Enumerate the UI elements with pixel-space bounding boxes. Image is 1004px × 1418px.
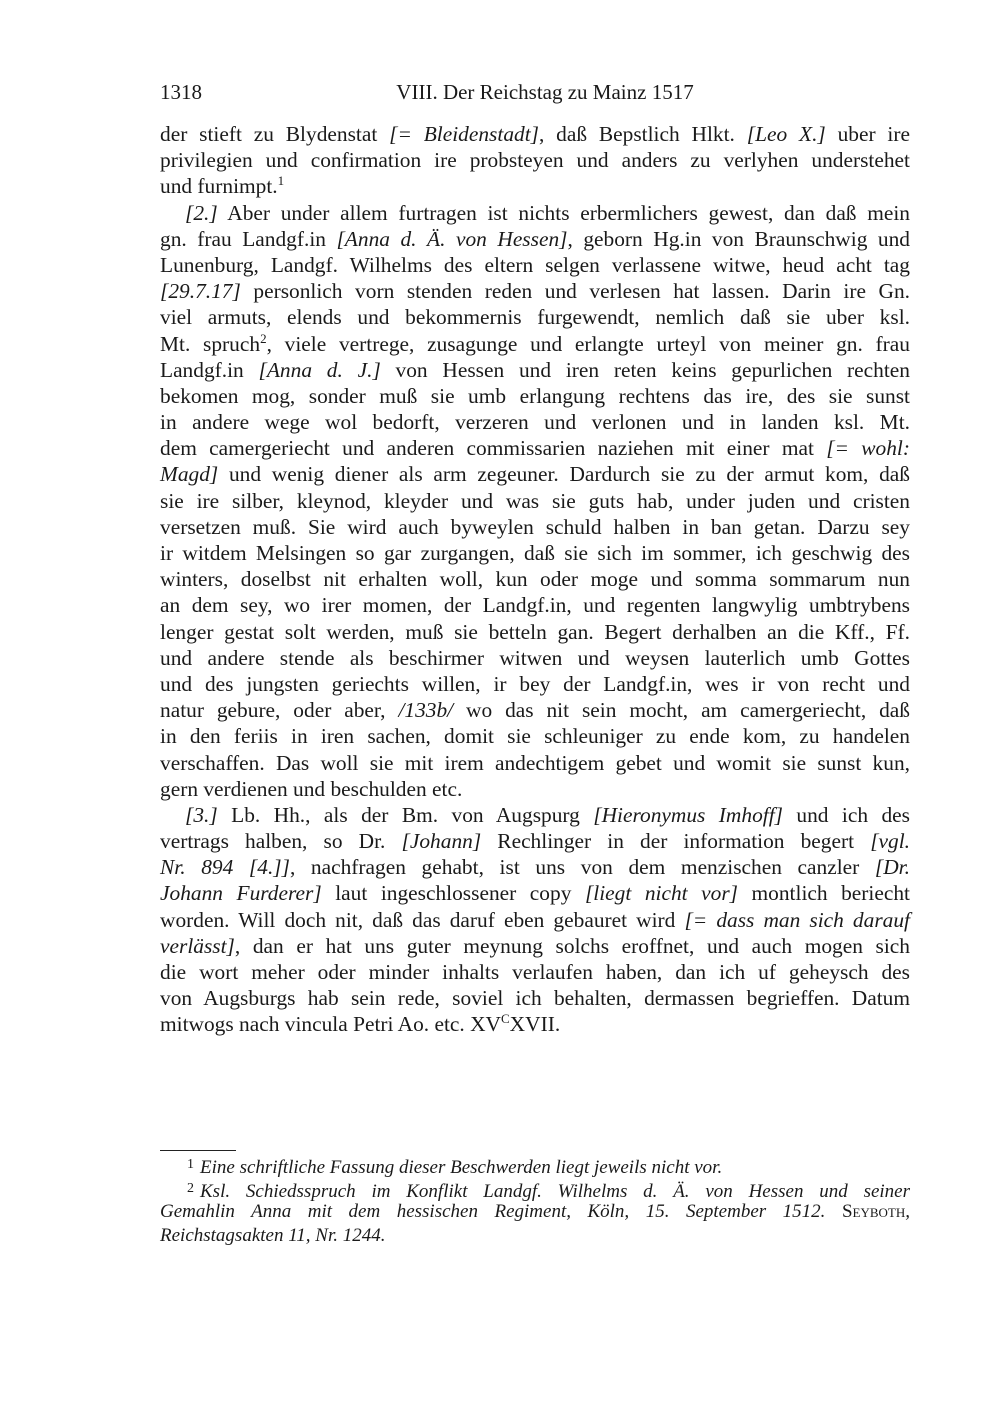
text-run: versetzen muß. Sie wird auch byweylen sc… — [160, 515, 910, 539]
text-run: winters, doselbst nit erhalten woll, kun… — [160, 567, 910, 591]
text-run: uber ire — [826, 122, 910, 146]
text-run: Seyboth — [842, 1201, 905, 1222]
text-run: und ich des — [783, 803, 910, 827]
editorial-italic: verlässt] — [160, 934, 235, 958]
editorial-italic: Nr. 894 [4.]] — [160, 855, 290, 879]
footnote-line: 1Eine schriftliche Fassung dieser Beschw… — [160, 1153, 910, 1177]
text-run: viel armuts, elends und bekommernis furg… — [160, 305, 910, 329]
editorial-italic: /133b/ — [398, 698, 453, 722]
text-line: der stieft zu Blydenstat [= Bleidenstadt… — [160, 121, 910, 147]
text-line: in andere wege wol bedorft, verzeren und… — [160, 409, 910, 435]
text-line: gn. frau Landgf.in [Anna d. Ä. von Hesse… — [160, 226, 910, 252]
text-line: Johann Furderer] laut ingeschlossener co… — [160, 880, 910, 906]
text-line: winters, doselbst nit erhalten woll, kun… — [160, 566, 910, 592]
text-run: privilegien und confirmation ire probste… — [160, 148, 910, 172]
text-run: die wort meher oder minder inhalts verla… — [160, 960, 910, 984]
text-line: bekomen mog, sonder muß sie umb erlangun… — [160, 383, 910, 409]
text-line: [29.7.17] personlich vorn stenden reden … — [160, 278, 910, 304]
text-run: Mt. spruch — [160, 332, 260, 356]
text-line: dem camergeriecht und anderen commissari… — [160, 435, 910, 461]
text-run: von Hessen und iren reten keins gepurlic… — [381, 358, 910, 382]
superscript: 1 — [278, 173, 285, 188]
text-run: und furnimpt. — [160, 174, 278, 198]
text-run: Rechlinger in der information begert — [481, 829, 870, 853]
text-run: Landgf.in — [160, 358, 259, 382]
text-run: mitwogs nach vincula Petri Ao. etc. XV — [160, 1012, 501, 1036]
text-run: natur gebure, oder aber, — [160, 698, 398, 722]
editorial-italic: [= wohl: — [826, 436, 910, 460]
text-run: Lb. Hh., als der Bm. von Augspurg — [218, 803, 594, 827]
text-line: lenger gestat solt werden, muß sie bette… — [160, 619, 910, 645]
editorial-italic: Ksl. Schiedsspruch im Konflikt Landgf. W… — [200, 1181, 910, 1202]
editorial-italic: [Anna d. J.] — [259, 358, 381, 382]
text-run: , geborn Hg.in von Braunschwig und — [567, 227, 910, 251]
text-line: versetzen muß. Sie wird auch byweylen sc… — [160, 514, 910, 540]
text-line: in den feriis in iren sachen, domit sie … — [160, 723, 910, 749]
text-run: an dem sey, wo irer momen, der Landgf.in… — [160, 593, 910, 617]
editorial-italic: [Anna d. Ä. von Hessen] — [336, 227, 567, 251]
text-run: sie ire silber, kleynod, kleyder und was… — [160, 489, 910, 513]
text-line: Nr. 894 [4.]], nachfragen gehabt, ist un… — [160, 854, 910, 880]
text-run: in andere wege wol bedorft, verzeren und… — [160, 410, 910, 434]
editorial-italic: , — [905, 1201, 910, 1222]
editorial-italic: [= Bleidenstadt] — [389, 122, 539, 146]
text-run: bekomen mog, sonder muß sie umb erlangun… — [160, 384, 910, 408]
editorial-italic: [liegt nicht vor] — [585, 881, 738, 905]
editorial-italic: Johann Furderer] — [160, 881, 322, 905]
text-run: Lunenburg, Landgf. Wilhelms des eltern s… — [160, 253, 910, 277]
text-line: und des jungsten geriechts willen, ir be… — [160, 671, 910, 697]
text-line: und furnimpt.1 — [160, 173, 910, 199]
text-line: natur gebure, oder aber, /133b/ wo das n… — [160, 697, 910, 723]
text-run: XVII. — [510, 1012, 561, 1036]
editorial-italic: Reichstagsakten 11, Nr. 1244. — [160, 1225, 386, 1246]
text-line: Lunenburg, Landgf. Wilhelms des eltern s… — [160, 252, 910, 278]
superscript: C — [501, 1011, 510, 1026]
footnote-line: Reichstagsakten 11, Nr. 1244. — [160, 1224, 910, 1248]
footnote-line: Gemahlin Anna mit dem hessischen Regimen… — [160, 1200, 910, 1224]
footnote-divider — [160, 1150, 236, 1151]
text-line: sie ire silber, kleynod, kleyder und was… — [160, 488, 910, 514]
text-run: in den feriis in iren sachen, domit sie … — [160, 724, 910, 748]
editorial-italic: Gemahlin Anna mit dem hessischen Regimen… — [160, 1201, 842, 1222]
text-run: von Augsburgs hab sein rede, soviel ich … — [160, 986, 910, 1010]
page-header: 1318 VIII. Der Reichstag zu Mainz 1517 — [160, 80, 910, 108]
text-run: , viele vertrege, zusagunge und erlangte… — [267, 332, 910, 356]
text-line: an dem sey, wo irer momen, der Landgf.in… — [160, 592, 910, 618]
text-run: montlich beriecht — [738, 881, 910, 905]
editorial-italic: [= dass man sich darauf — [684, 908, 910, 932]
text-line: von Augsburgs hab sein rede, soviel ich … — [160, 985, 910, 1011]
editorial-italic: [Johann] — [402, 829, 482, 853]
text-line: gern verdienen und beschulden etc. — [160, 776, 910, 802]
footnote-number: 1 — [187, 1157, 194, 1172]
text-run: gn. frau Landgf.in — [160, 227, 336, 251]
editorial-italic: [3.] — [185, 803, 218, 827]
text-line: mitwogs nach vincula Petri Ao. etc. XVCX… — [160, 1011, 910, 1037]
text-run: ir witdem Melsingen so gar zurgangen, da… — [160, 541, 910, 565]
editorial-italic: [vgl. — [870, 829, 910, 853]
editorial-italic: [29.7.17] — [160, 279, 241, 303]
text-run: worden. Will doch nit, daß das daruf ebe… — [160, 908, 684, 932]
text-run: wo das nit sein mocht, am camergeriecht,… — [453, 698, 910, 722]
text-line: viel armuts, elends und bekommernis furg… — [160, 304, 910, 330]
text-line: privilegien und confirmation ire probste… — [160, 147, 910, 173]
text-line: vertrags halben, so Dr. [Johann] Rechlin… — [160, 828, 910, 854]
text-run: verschaffen. Das woll sie mit irem andec… — [160, 751, 910, 775]
text-line: verschaffen. Das woll sie mit irem andec… — [160, 750, 910, 776]
running-title: VIII. Der Reichstag zu Mainz 1517 — [160, 80, 910, 105]
footnote-line: 2Ksl. Schiedsspruch im Konflikt Landgf. … — [160, 1177, 910, 1201]
text-run: und des jungsten geriechts willen, ir be… — [160, 672, 910, 696]
text-run: der stieft zu Blydenstat — [160, 122, 389, 146]
text-line: ir witdem Melsingen so gar zurgangen, da… — [160, 540, 910, 566]
footnotes: 1Eine schriftliche Fassung dieser Beschw… — [160, 1153, 910, 1247]
editorial-italic: Magd] — [160, 462, 218, 486]
text-run: und wenig diener als arm zegeuner. Dardu… — [218, 462, 910, 486]
text-line: Landgf.in [Anna d. J.] von Hessen und ir… — [160, 357, 910, 383]
text-run: , dan er hat uns guter meynung solchs er… — [235, 934, 910, 958]
text-line: Magd] und wenig diener als arm zegeuner.… — [160, 461, 910, 487]
editorial-italic: Eine schriftliche Fassung dieser Beschwe… — [200, 1157, 722, 1178]
editorial-italic: [Leo X.] — [747, 122, 826, 146]
text-line: [2.] Aber under allem furtragen ist nich… — [160, 200, 910, 226]
text-line: worden. Will doch nit, daß das daruf ebe… — [160, 907, 910, 933]
editorial-italic: [Dr. — [875, 855, 910, 879]
main-text: der stieft zu Blydenstat [= Bleidenstadt… — [160, 121, 910, 1038]
text-run: lenger gestat solt werden, muß sie bette… — [160, 620, 910, 644]
text-run: dem camergeriecht und anderen commissari… — [160, 436, 826, 460]
text-line: [3.] Lb. Hh., als der Bm. von Augspurg [… — [160, 802, 910, 828]
text-run: vertrags halben, so Dr. — [160, 829, 402, 853]
text-line: verlässt], dan er hat uns guter meynung … — [160, 933, 910, 959]
text-line: Mt. spruch2, viele vertrege, zusagunge u… — [160, 331, 910, 357]
text-run: und andere stende als beschirmer witwen … — [160, 646, 910, 670]
text-line: und andere stende als beschirmer witwen … — [160, 645, 910, 671]
text-run: gern verdienen und beschulden etc. — [160, 777, 462, 801]
text-run: Aber under allem furtragen ist nichts er… — [218, 201, 910, 225]
editorial-italic: [2.] — [185, 201, 218, 225]
text-run: laut ingeschlossener copy — [322, 881, 585, 905]
editorial-italic: [Hieronymus Imhoff] — [593, 803, 783, 827]
footnote-number: 2 — [187, 1181, 194, 1196]
text-run: , nachfragen gehabt, ist uns von dem men… — [290, 855, 875, 879]
text-line: die wort meher oder minder inhalts verla… — [160, 959, 910, 985]
text-run: personlich vorn stenden reden und verles… — [241, 279, 910, 303]
text-run: , daß Bepstlich Hlkt. — [539, 122, 747, 146]
